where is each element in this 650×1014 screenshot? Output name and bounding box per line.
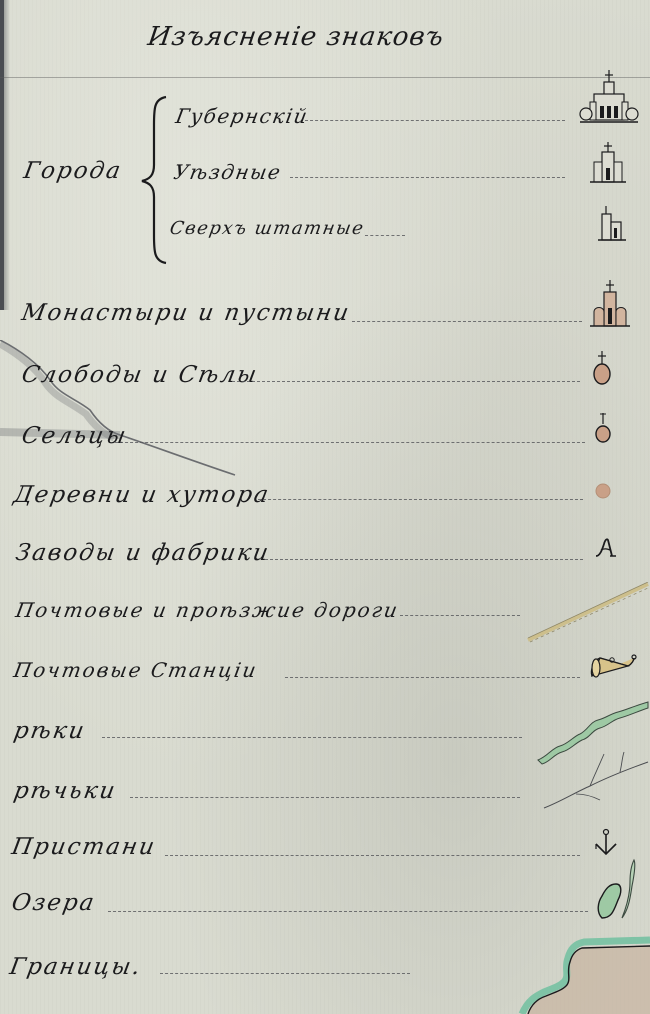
legend-label-rivers: рѣки — [12, 718, 88, 744]
brace-icon — [140, 95, 170, 265]
monastery-icon — [590, 278, 630, 330]
legend-label-monasteries: Монастыри и пустыни — [20, 300, 353, 326]
leader-dashes — [108, 911, 588, 912]
leader-dashes — [115, 442, 585, 443]
stream-icon — [540, 750, 650, 810]
leader-dashes — [365, 235, 405, 236]
district-city-icon — [590, 140, 626, 184]
village-with-church-icon — [590, 350, 614, 386]
leader-dashes — [102, 737, 522, 738]
leader-dashes — [285, 677, 580, 678]
title-divider — [0, 77, 650, 78]
legend-label-roads: Почтовые и проѣзжие дороги — [14, 598, 401, 622]
provincial-city-icon — [578, 68, 640, 130]
leader-dashes — [290, 177, 565, 178]
city-label-supernumerary: Сверхъ штатные — [168, 218, 366, 239]
leader-dashes — [400, 615, 520, 616]
border-icon — [512, 932, 650, 1014]
legend-label-borders: Границы. — [8, 954, 144, 980]
leader-dashes — [130, 797, 520, 798]
map-frame-shadow — [4, 0, 10, 310]
cities-group-label: Города — [22, 158, 125, 184]
leader-dashes — [232, 381, 580, 382]
legend-label-derevni: Деревни и хутора — [12, 482, 272, 508]
post-horn-icon — [588, 652, 638, 682]
supernumerary-city-icon — [598, 204, 626, 242]
leader-dashes — [258, 499, 583, 500]
leader-dashes — [305, 120, 565, 121]
lake-icon — [594, 852, 640, 924]
leader-dashes — [165, 855, 580, 856]
hamlet-icon — [592, 412, 614, 444]
legend-label-wharves: Пристани — [10, 834, 159, 860]
leader-dashes — [160, 973, 410, 974]
legend-label-lakes: Озера — [10, 890, 98, 916]
legend-label-post-stations: Почтовые Станціи — [12, 658, 260, 682]
legend-title: Изъясненіе знаковъ — [146, 22, 446, 52]
road-icon — [526, 582, 650, 644]
city-label-district: Уѣздные — [172, 160, 284, 184]
coastline-line — [0, 340, 240, 480]
map-legend: Изъясненіе знаковъ Города Губернскій Уѣз… — [0, 0, 650, 1014]
legend-label-seltsy: Сельцы — [20, 423, 130, 449]
legend-label-streams: рѣчьки — [12, 778, 119, 804]
legend-label-slobody: Слободы и Сѣлы — [20, 362, 261, 388]
leader-dashes — [265, 559, 583, 560]
city-label-provincial: Губернскій — [174, 104, 311, 128]
small-village-icon — [592, 480, 614, 502]
leader-dashes — [352, 321, 582, 322]
legend-label-factories: Заводы и фабрики — [14, 540, 272, 566]
factory-icon — [594, 536, 618, 560]
